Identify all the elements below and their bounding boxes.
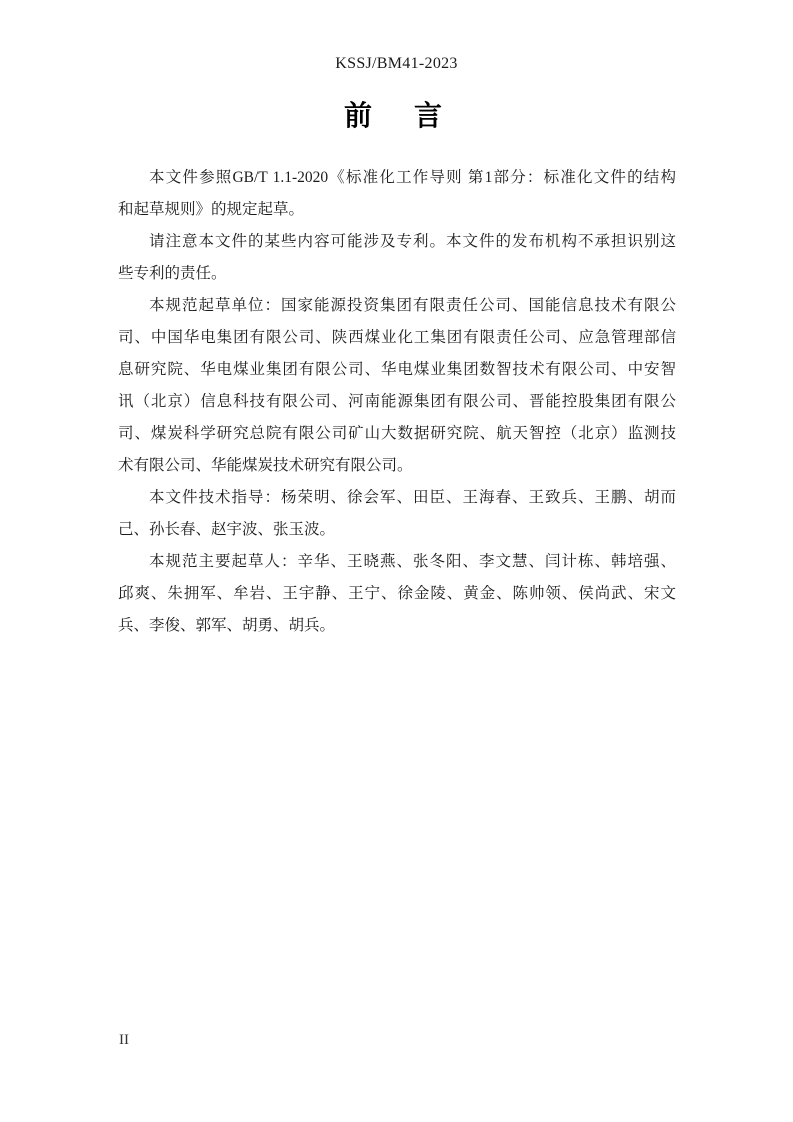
paragraph-line: 和起草规则》的规定起草。 [118, 194, 676, 226]
document-page: KSSJ/BM41-2023 前 言 本文件参照GB/T 1.1-2020《标准… [0, 0, 793, 1122]
paragraph-line: 本文件参照GB/T 1.1-2020《标准化工作导则 第1部分：标准化文件的结构 [118, 162, 676, 194]
paragraph-line: 术有限公司、华能煤炭技术研究有限公司。 [118, 450, 676, 482]
paragraph-line: 息研究院、华电煤业集团有限公司、华电煤业集团数智技术有限公司、中安智 [118, 354, 676, 386]
page-number: II [119, 1032, 129, 1049]
paragraph-line: 讯（北京）信息科技有限公司、河南能源集团有限公司、晋能控股集团有限公 [118, 386, 676, 418]
paragraph-line: 本规范起草单位：国家能源投资集团有限责任公司、国能信息技术有限公 [118, 290, 676, 322]
paragraph-line: 些专利的责任。 [118, 258, 676, 290]
paragraph-line: 司、煤炭科学研究总院有限公司矿山大数据研究院、航天智控（北京）监测技 [118, 418, 676, 450]
paragraph-line: 司、中国华电集团有限公司、陕西煤业化工集团有限责任公司、应急管理部信 [118, 322, 676, 354]
document-number-header: KSSJ/BM41-2023 [0, 55, 793, 73]
paragraph-line: 兵、李俊、郭军、胡勇、胡兵。 [118, 610, 676, 642]
page-title: 前 言 [0, 94, 793, 134]
paragraph-line: 请注意本文件的某些内容可能涉及专利。本文件的发布机构不承担识别这 [118, 226, 676, 258]
paragraph-line: 己、孙长春、赵宇波、张玉波。 [118, 514, 676, 546]
paragraph-line: 本文件技术指导：杨荣明、徐会军、田臣、王海春、王致兵、王鹏、胡而 [118, 482, 676, 514]
document-body: 本文件参照GB/T 1.1-2020《标准化工作导则 第1部分：标准化文件的结构… [118, 162, 676, 642]
paragraph-line: 本规范主要起草人：辛华、王晓燕、张冬阳、李文慧、闫计栋、韩培强、 [118, 546, 676, 578]
paragraph-line: 邱爽、朱拥军、牟岩、王宇静、王宁、徐金陵、黄金、陈帅领、侯尚武、宋文 [118, 578, 676, 610]
